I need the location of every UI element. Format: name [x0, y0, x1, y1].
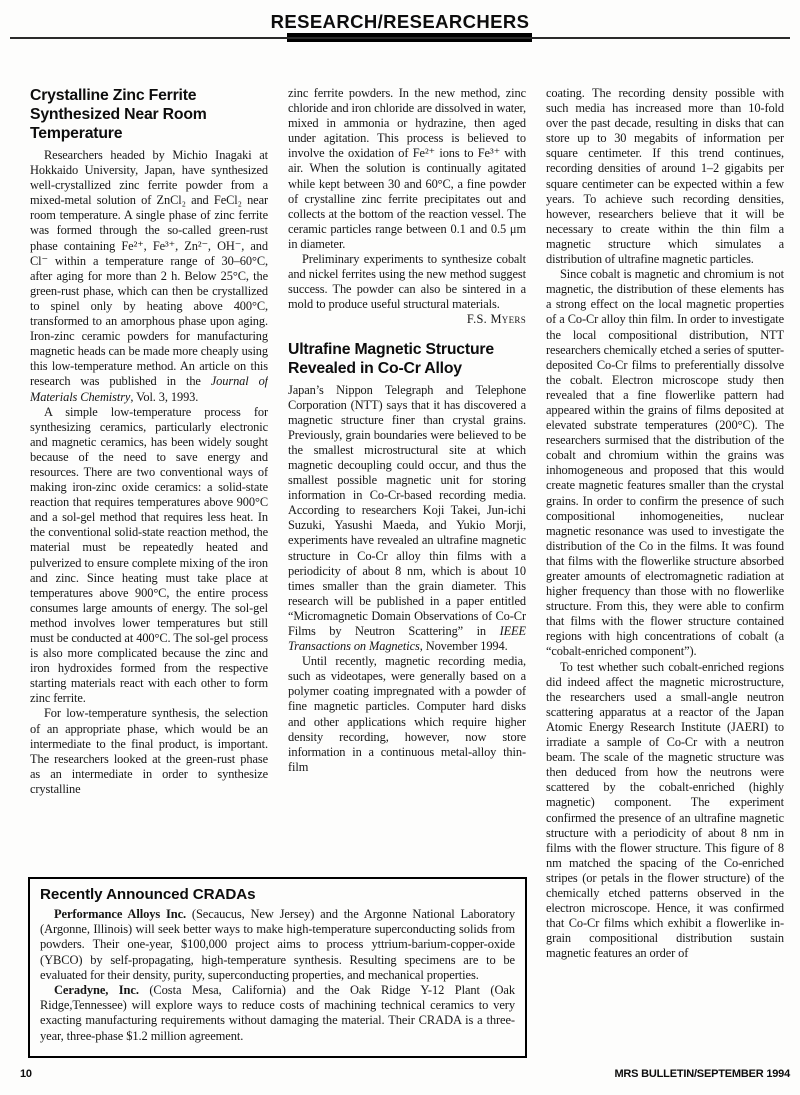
- article2-title: Ultrafine Magnetic Structure Revealed in…: [288, 340, 526, 378]
- footer-journal-name: MRS BULLETIN/SEPTEMBER 1994: [614, 1068, 790, 1080]
- cradas-title: Recently Announced CRADAs: [40, 886, 515, 904]
- article1-paragraph-2: A simple low-temperature process for syn…: [30, 405, 268, 707]
- article1-paragraph-5: Preliminary experiments to synthesize co…: [288, 252, 526, 312]
- article2-paragraph-1: Japan’s Nippon Telegraph and Telephone C…: [288, 383, 526, 655]
- section-header: RESEARCH/RESEARCHERS: [0, 11, 800, 33]
- article2-paragraph-2: Until recently, magnetic recording media…: [288, 654, 526, 775]
- column-2: zinc ferrite powders. In the new method,…: [288, 86, 526, 872]
- article1-paragraph-3: For low-temperature synthesis, the selec…: [30, 706, 268, 797]
- cradas-paragraph-1: Performance Alloys Inc. (Secaucus, New J…: [40, 907, 515, 983]
- article1-paragraph-1: Researchers headed by Michio Inagaki at …: [30, 148, 268, 405]
- column-1: Crystalline Zinc Ferrite Synthesized Nea…: [30, 86, 268, 872]
- cradas-box: Recently Announced CRADAs Performance Al…: [28, 877, 527, 1058]
- article2-paragraph-4: Since cobalt is magnetic and chromium is…: [546, 267, 784, 659]
- column-3: coating. The recording density possible …: [546, 86, 784, 1084]
- article2-paragraph-3: coating. The recording density possible …: [546, 86, 784, 267]
- article2-paragraph-5: To test whether such cobalt-enriched reg…: [546, 660, 784, 962]
- footer-page-number: 10: [20, 1068, 32, 1080]
- article1-paragraph-4: zinc ferrite powders. In the new method,…: [288, 86, 526, 252]
- cradas-paragraph-2: Ceradyne, Inc. (Costa Mesa, California) …: [40, 983, 515, 1044]
- article1-byline: F.S. Myers: [288, 312, 526, 327]
- article1-title: Crystalline Zinc Ferrite Synthesized Nea…: [30, 86, 268, 143]
- masthead-thin-rule: [10, 37, 790, 39]
